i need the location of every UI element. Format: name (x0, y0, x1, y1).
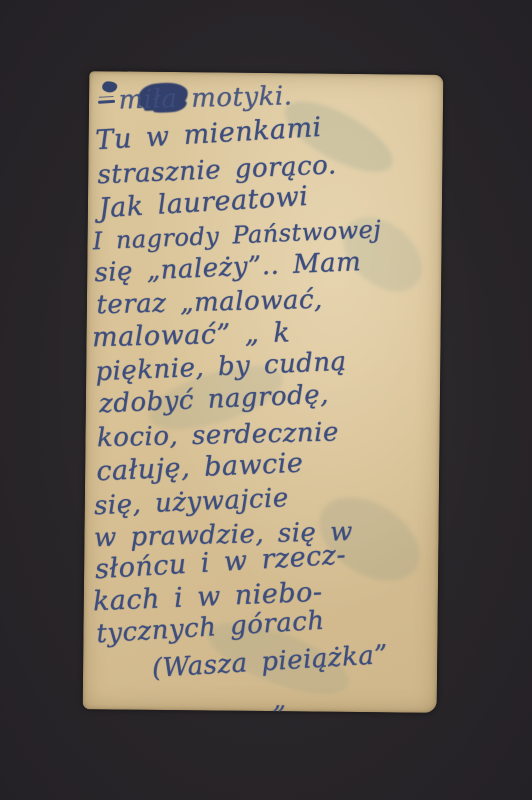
handwritten-line: Tu w mienkami (95, 113, 323, 156)
handwritten-line: miła motyki. (118, 81, 293, 115)
handwritten-line: teraz „malować, (96, 285, 323, 321)
handwritten-line: malować” „ k (92, 318, 291, 353)
handwritten-line: kocio, serdecznie (97, 417, 340, 453)
handwritten-line: całuję, bawcie (96, 449, 304, 488)
ink-blot-small (102, 81, 117, 92)
quote-mark: „ (273, 685, 287, 715)
pen-dash-mark (98, 100, 115, 104)
postcard: miła motyki. Tu w mienkami strasznie gor… (83, 71, 444, 713)
signature-line: (Wasza pieiążka” (151, 640, 389, 684)
photo-background: miła motyki. Tu w mienkami strasznie gor… (0, 0, 532, 800)
handwritten-line: się, używajcie (93, 483, 289, 521)
